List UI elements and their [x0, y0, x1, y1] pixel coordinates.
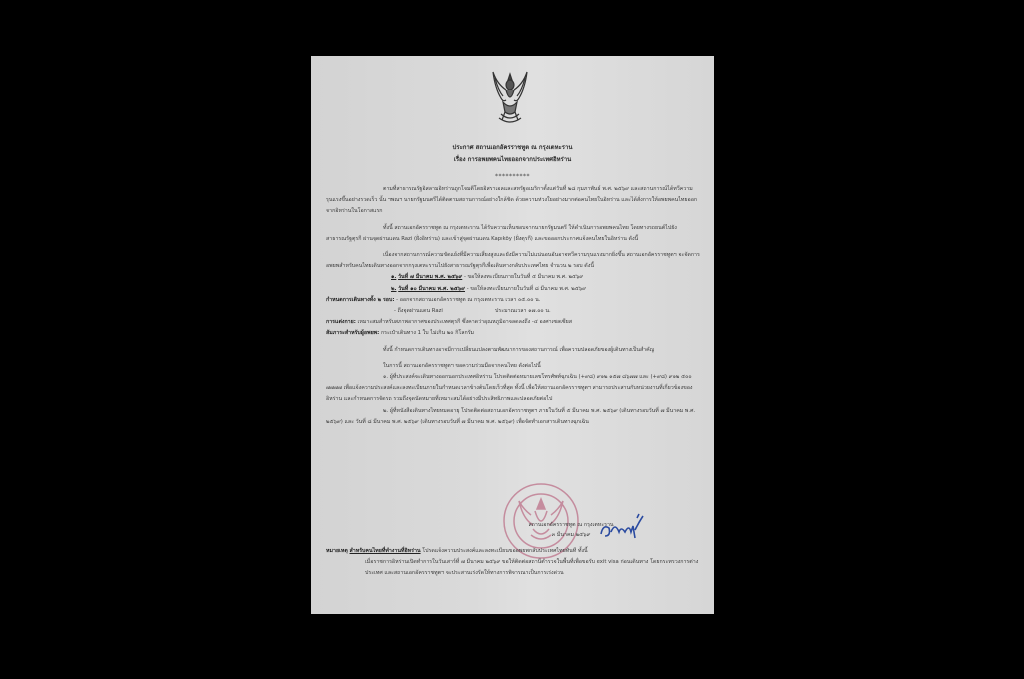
dress-text: เหมาะสมสำหรับสภาพอากาศของประเทศตุรกี ซึ่…	[356, 319, 572, 325]
trip-2-date: วันที่ ๑๐ มีนาคม พ.ศ. ๒๕๖๙	[398, 286, 465, 292]
announcement-document: ประกาศ สถานเอกอัครราชทูต ณ กรุงเตหะราน เ…	[311, 56, 714, 614]
request-item-2: ๒. ผู้ที่หนังสือเดินทางไทยหมดอายุ โปรดติ…	[326, 406, 700, 428]
separator: **********	[311, 171, 714, 182]
trip-1-date: วันที่ ๗ มีนาคม พ.ศ. ๒๕๖๙	[398, 274, 462, 280]
paragraph-4: ทั้งนี้ กำหนดการเดินทางอาจมีการเปลี่ยนแป…	[326, 345, 700, 356]
paragraph-1: ตามที่สาธารณรัฐอิสลามอิหร่านถูกโจมตีโดยอ…	[326, 184, 700, 218]
dress-label: การแต่งกาย:	[326, 319, 356, 325]
schedule-arrival: - ถึงจุดผ่านแดน Razi ประมาณเวลา ๑๗.๐๐ น.	[326, 306, 700, 317]
trip-2-note: - ขอให้ลงทะเบียนภายในวันที่ ๘ มีนาคม พ.ศ…	[465, 286, 586, 292]
trip-2-number: ๒.	[391, 286, 397, 292]
footnote-text-2: เมื่อราชการอิหร่านเปิดทำการในวันเสาร์ที่…	[326, 557, 704, 579]
garuda-emblem-icon	[489, 70, 531, 128]
trip-1: ๑. วันที่ ๗ มีนาคม พ.ศ. ๒๕๖๙ - ขอให้ลงทะ…	[326, 272, 700, 283]
schedule-row-1: กำหนดการเดินทางทั้ง ๒ รอบ: - ออกจากสถานเ…	[326, 295, 700, 306]
paragraph-5: ในการนี้ สถานเอกอัครราชทูตฯ ขอความร่วมมื…	[326, 361, 700, 372]
luggage-label: สัมภาระสำหรับผู้อพยพ:	[326, 330, 379, 336]
document-heading: ประกาศ สถานเอกอัครราชทูต ณ กรุงเตหะราน เ…	[311, 142, 714, 166]
trip-1-note: - ขอให้ลงทะเบียนภายในวันที่ ๕ มีนาคม พ.ศ…	[462, 274, 583, 280]
handwritten-signature-icon	[597, 512, 645, 542]
heading-line-2: เรื่อง การอพยพคนไทยออกจากประเทศอิหร่าน	[311, 154, 714, 166]
footnote: หมายเหตุ สำหรับคนไทยที่ทำงานที่อิหร่าน โ…	[326, 546, 704, 580]
footnote-subject: สำหรับคนไทยที่ทำงานที่อิหร่าน	[350, 548, 421, 554]
footnote-text-1: โปรดแจ้งความประสงค์และลงทะเบียนขออพยพกลั…	[421, 548, 588, 554]
document-body: ตามที่สาธารณรัฐอิสลามอิหร่านถูกโจมตีโดยอ…	[326, 184, 700, 428]
dress-code: การแต่งกาย: เหมาะสมสำหรับสภาพอากาศของประ…	[326, 317, 700, 328]
schedule-departure: - ออกจากสถานเอกอัครราชทูต ณ กรุงเตหะราน …	[394, 297, 540, 303]
luggage-text: กระเป๋าเดินทาง 1 ใบ ไม่เกิน ๒๐ กิโลกรัม	[379, 330, 474, 336]
request-item-1: ๑. ผู้ที่ประสงค์จะเดินทางออกนอกประเทศอิห…	[326, 372, 700, 406]
paragraph-2: ทั้งนี้ สถานเอกอัครราชทูต ณ กรุงเตหะราน …	[326, 223, 700, 245]
trip-1-number: ๑.	[391, 274, 396, 280]
footnote-line-1: หมายเหตุ สำหรับคนไทยที่ทำงานที่อิหร่าน โ…	[326, 546, 704, 557]
paragraph-3: เนื่องจากสถานการณ์ความขัดแย้งที่มีความเส…	[326, 250, 700, 272]
schedule-label: กำหนดการเดินทางทั้ง ๒ รอบ:	[326, 297, 394, 303]
trip-2: ๒. วันที่ ๑๐ มีนาคม พ.ศ. ๒๕๖๙ - ขอให้ลงท…	[326, 284, 700, 295]
heading-line-1: ประกาศ สถานเอกอัครราชทูต ณ กรุงเตหะราน	[311, 142, 714, 154]
luggage: สัมภาระสำหรับผู้อพยพ: กระเป๋าเดินทาง 1 ใ…	[326, 328, 700, 339]
footnote-label: หมายเหตุ	[326, 548, 348, 554]
